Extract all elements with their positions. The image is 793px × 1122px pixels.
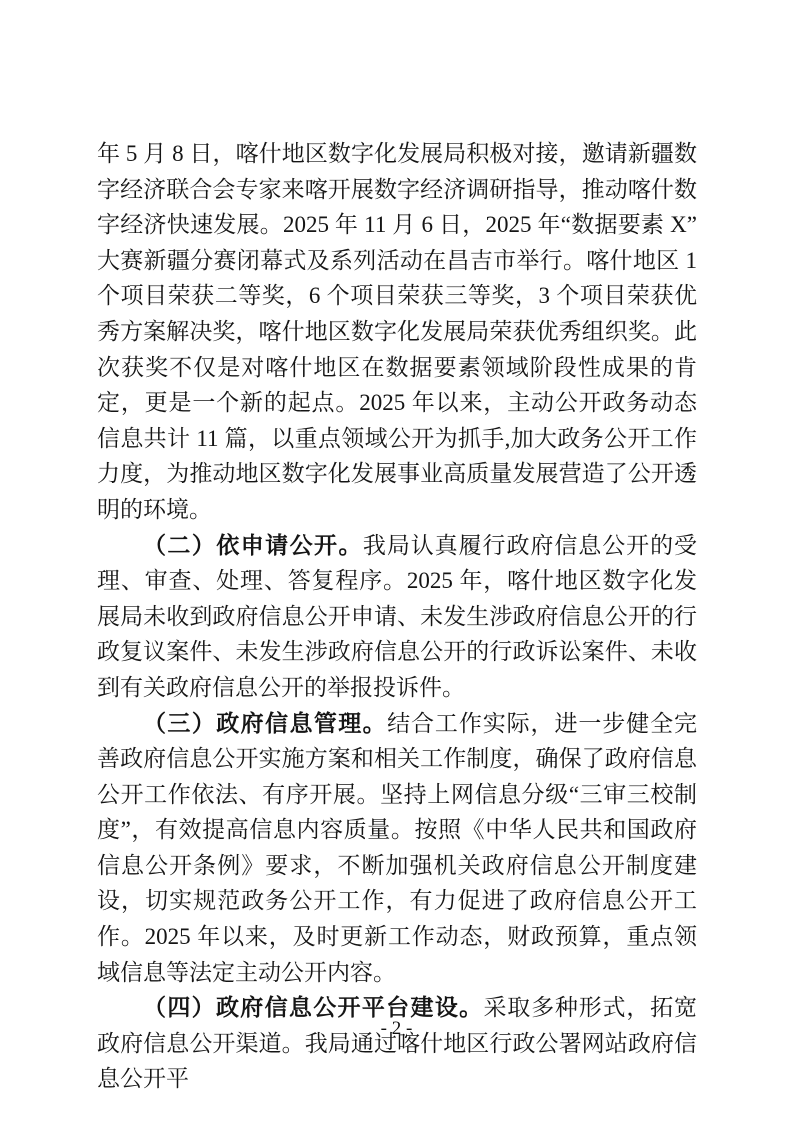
document-body: 年 5 月 8 日，喀什地区数字化发展局积极对接，邀请新疆数字经济联合会专家来喀… [97, 136, 697, 1097]
section-4-heading: （四）政府信息公开平台建设。 [143, 994, 483, 1020]
paragraph-continuation: 年 5 月 8 日，喀什地区数字化发展局积极对接，邀请新疆数字经济联合会专家来喀… [97, 136, 697, 528]
section-2-paragraph: （二）依申请公开。我局认真履行政府信息公开的受理、审查、处理、答复程序。2025… [97, 528, 697, 706]
section-3-paragraph: （三）政府信息管理。结合工作实际，进一步健全完善政府信息公开实施方案和相关工作制… [97, 706, 697, 991]
page-number-label: - 2 - [381, 1018, 413, 1039]
section-3-text: 结合工作实际，进一步健全完善政府信息公开实施方案和相关工作制度，确保了政府信息公… [97, 711, 697, 985]
section-4-paragraph: （四）政府信息公开平台建设。采取多种形式，拓宽政府信息公开渠道。我局通过喀什地区… [97, 990, 697, 1097]
section-2-heading: （二）依申请公开。 [143, 532, 363, 558]
paragraph-text: 年 5 月 8 日，喀什地区数字化发展局积极对接，邀请新疆数字经济联合会专家来喀… [97, 141, 697, 522]
page-number: - 2 - [0, 1018, 793, 1040]
document-page: 年 5 月 8 日，喀什地区数字化发展局积极对接，邀请新疆数字经济联合会专家来喀… [0, 0, 793, 1122]
section-3-heading: （三）政府信息管理。 [143, 710, 387, 736]
